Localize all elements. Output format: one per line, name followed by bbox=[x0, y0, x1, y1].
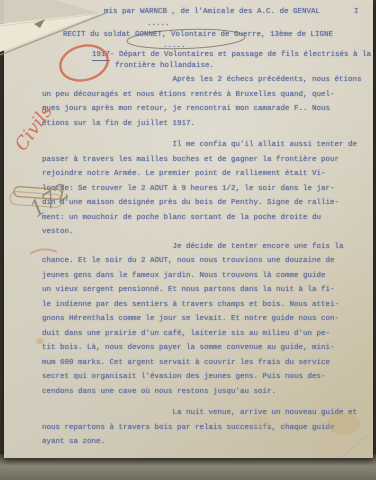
separator-dots: ..... bbox=[147, 20, 170, 28]
typed-line: secret qui organisait l'évasion des jeun… bbox=[42, 370, 374, 385]
typed-line: gnons Hérenthals comme le jour se levait… bbox=[42, 312, 374, 327]
typed-line: rejoindre notre Armée. Le premier point … bbox=[42, 167, 374, 182]
typed-line: duit dans une prairie d'un café, laiteri… bbox=[42, 327, 374, 342]
typed-line: ayant sa zone. bbox=[42, 435, 374, 450]
byline: mis par WARNCB , de l'Amicale des A.C. d… bbox=[104, 8, 320, 16]
typed-line: jeunes gens dans le fameux jardin. Nous … bbox=[42, 269, 374, 284]
page-number: I bbox=[354, 8, 359, 16]
typed-line: Je décide de tenter encore une fois la bbox=[42, 240, 374, 255]
underlined-year: 1917 bbox=[92, 51, 110, 61]
typed-line: un vieux sergent pensionné. Et nous part… bbox=[42, 283, 374, 298]
recit-heading: RECIT du soldat GONNET, Volontaire de Gu… bbox=[63, 31, 333, 39]
document-title-line1: 1917- Départ de Volontaires et passage d… bbox=[92, 51, 371, 59]
typed-line: loorde: Se trouver le 2 AOUT à 9 heures … bbox=[42, 182, 374, 197]
typed-line: chance. Et le soir du 2 AOUT, nous nous … bbox=[42, 254, 374, 269]
title-rest: - Départ de Volontaires et passage de fi… bbox=[110, 51, 371, 59]
separator-dots: ..... bbox=[163, 42, 186, 50]
typed-line: étions sur la fin de juillet 1917. bbox=[42, 117, 374, 132]
typed-line: din d'une maison désignée près du bois d… bbox=[42, 196, 374, 211]
document-page: mis par WARNCB , de l'Amicale des A.C. d… bbox=[4, 0, 373, 458]
typed-line: tit bois. Là, nous devons payer la somme… bbox=[42, 341, 374, 356]
typed-line: mum 600 marks. Cet argent servait à couv… bbox=[42, 356, 374, 371]
typed-line: cendons dans une cave où nous restons ju… bbox=[42, 385, 374, 400]
paragraph-gap bbox=[42, 399, 374, 406]
typed-line: Il me confia qu'il allait aussi tenter d… bbox=[42, 138, 374, 153]
document-title-line2: frontière hollandaise. bbox=[115, 62, 214, 70]
typed-line: Après les 2 échecs précédents, nous étio… bbox=[42, 73, 374, 88]
typed-line: La nuit venue, arrive un nouveau guide e… bbox=[42, 406, 374, 421]
typed-line: le indienne par des sentiers à travers c… bbox=[42, 298, 374, 313]
typed-line: un peu découragés et nous étions rentrés… bbox=[42, 88, 374, 103]
paragraph-gap bbox=[42, 131, 374, 138]
typed-line: passer à travers les mailles boches et d… bbox=[42, 153, 374, 168]
typed-line: nous repartons à travers bois par relais… bbox=[42, 421, 374, 436]
scanned-document-screenshot: { "page": { "page_number": "I", "byline"… bbox=[0, 0, 376, 480]
typed-body-text: Après les 2 échecs précédents, nous étio… bbox=[42, 73, 374, 450]
typed-line: ment: un mouchoir de poche blanc sortant… bbox=[42, 211, 374, 226]
typed-line: veston. bbox=[42, 225, 374, 240]
typed-line: ques jours après mon retour, je rencontr… bbox=[42, 102, 374, 117]
